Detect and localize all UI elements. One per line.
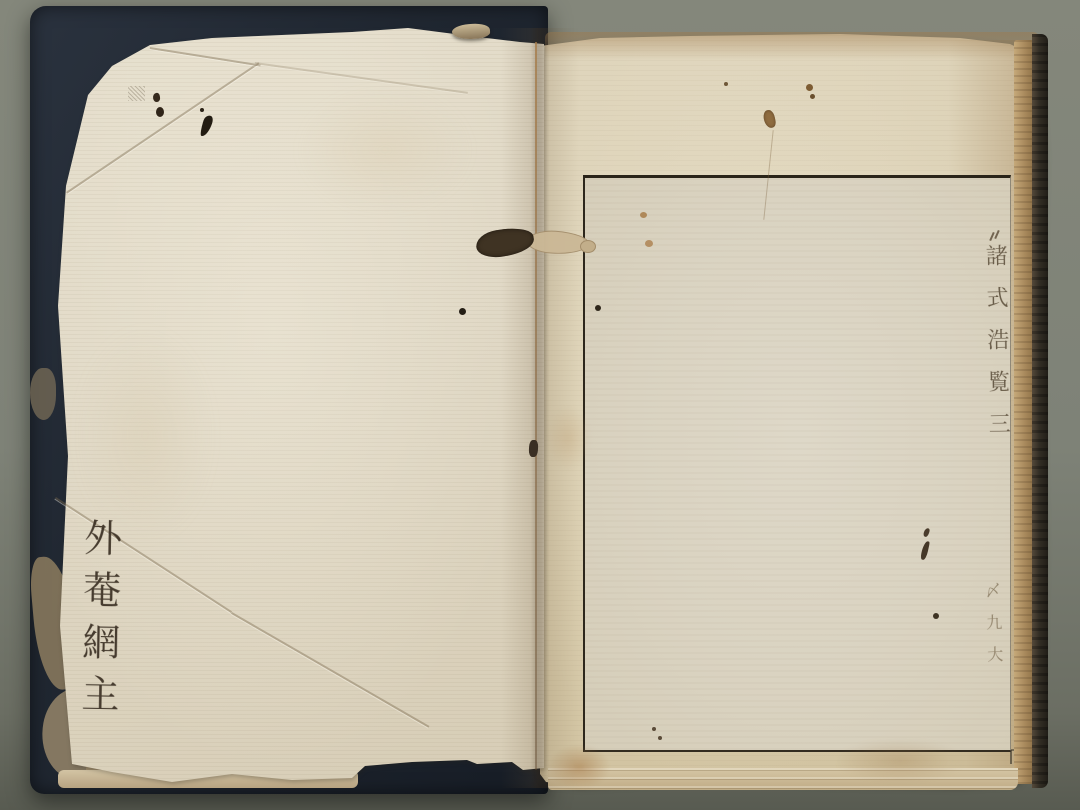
ink-speck bbox=[806, 84, 813, 91]
printed-frame bbox=[583, 175, 1011, 752]
ink-dot bbox=[595, 305, 601, 311]
ink-speck bbox=[652, 727, 656, 731]
foxing-spot bbox=[645, 240, 653, 247]
frame-line-extension bbox=[1010, 750, 1012, 764]
ink-speck bbox=[724, 82, 728, 86]
fore-edge-tan-strip bbox=[1014, 40, 1034, 784]
water-stain bbox=[838, 740, 962, 782]
ink-spot bbox=[156, 107, 164, 117]
handwritten-inscription: 外菴網主 bbox=[72, 518, 128, 749]
water-stain bbox=[548, 745, 610, 789]
ink-spot bbox=[200, 108, 204, 112]
worm-tear-dot bbox=[580, 240, 596, 253]
photo-of-open-book: 諸式浩覧三 〆九大 外菴網主 bbox=[0, 0, 1080, 810]
fore-edge-title: 諸式浩覧三 bbox=[984, 244, 1014, 459]
ink-dot bbox=[459, 308, 466, 315]
ink-speck bbox=[658, 736, 662, 740]
ink-speck bbox=[810, 94, 815, 99]
paper-stain bbox=[300, 90, 470, 210]
paper-stain bbox=[80, 330, 210, 540]
pencil-scribble bbox=[128, 86, 145, 101]
cover-fray bbox=[30, 368, 56, 420]
water-stain bbox=[545, 405, 591, 471]
fore-edge-dark-strip bbox=[1032, 34, 1048, 788]
fore-edge-lower-marks: 〆九大 bbox=[981, 582, 1006, 683]
gutter-sewing-line bbox=[535, 42, 537, 770]
foxing-spot bbox=[640, 212, 647, 218]
ink-dot bbox=[933, 613, 939, 619]
